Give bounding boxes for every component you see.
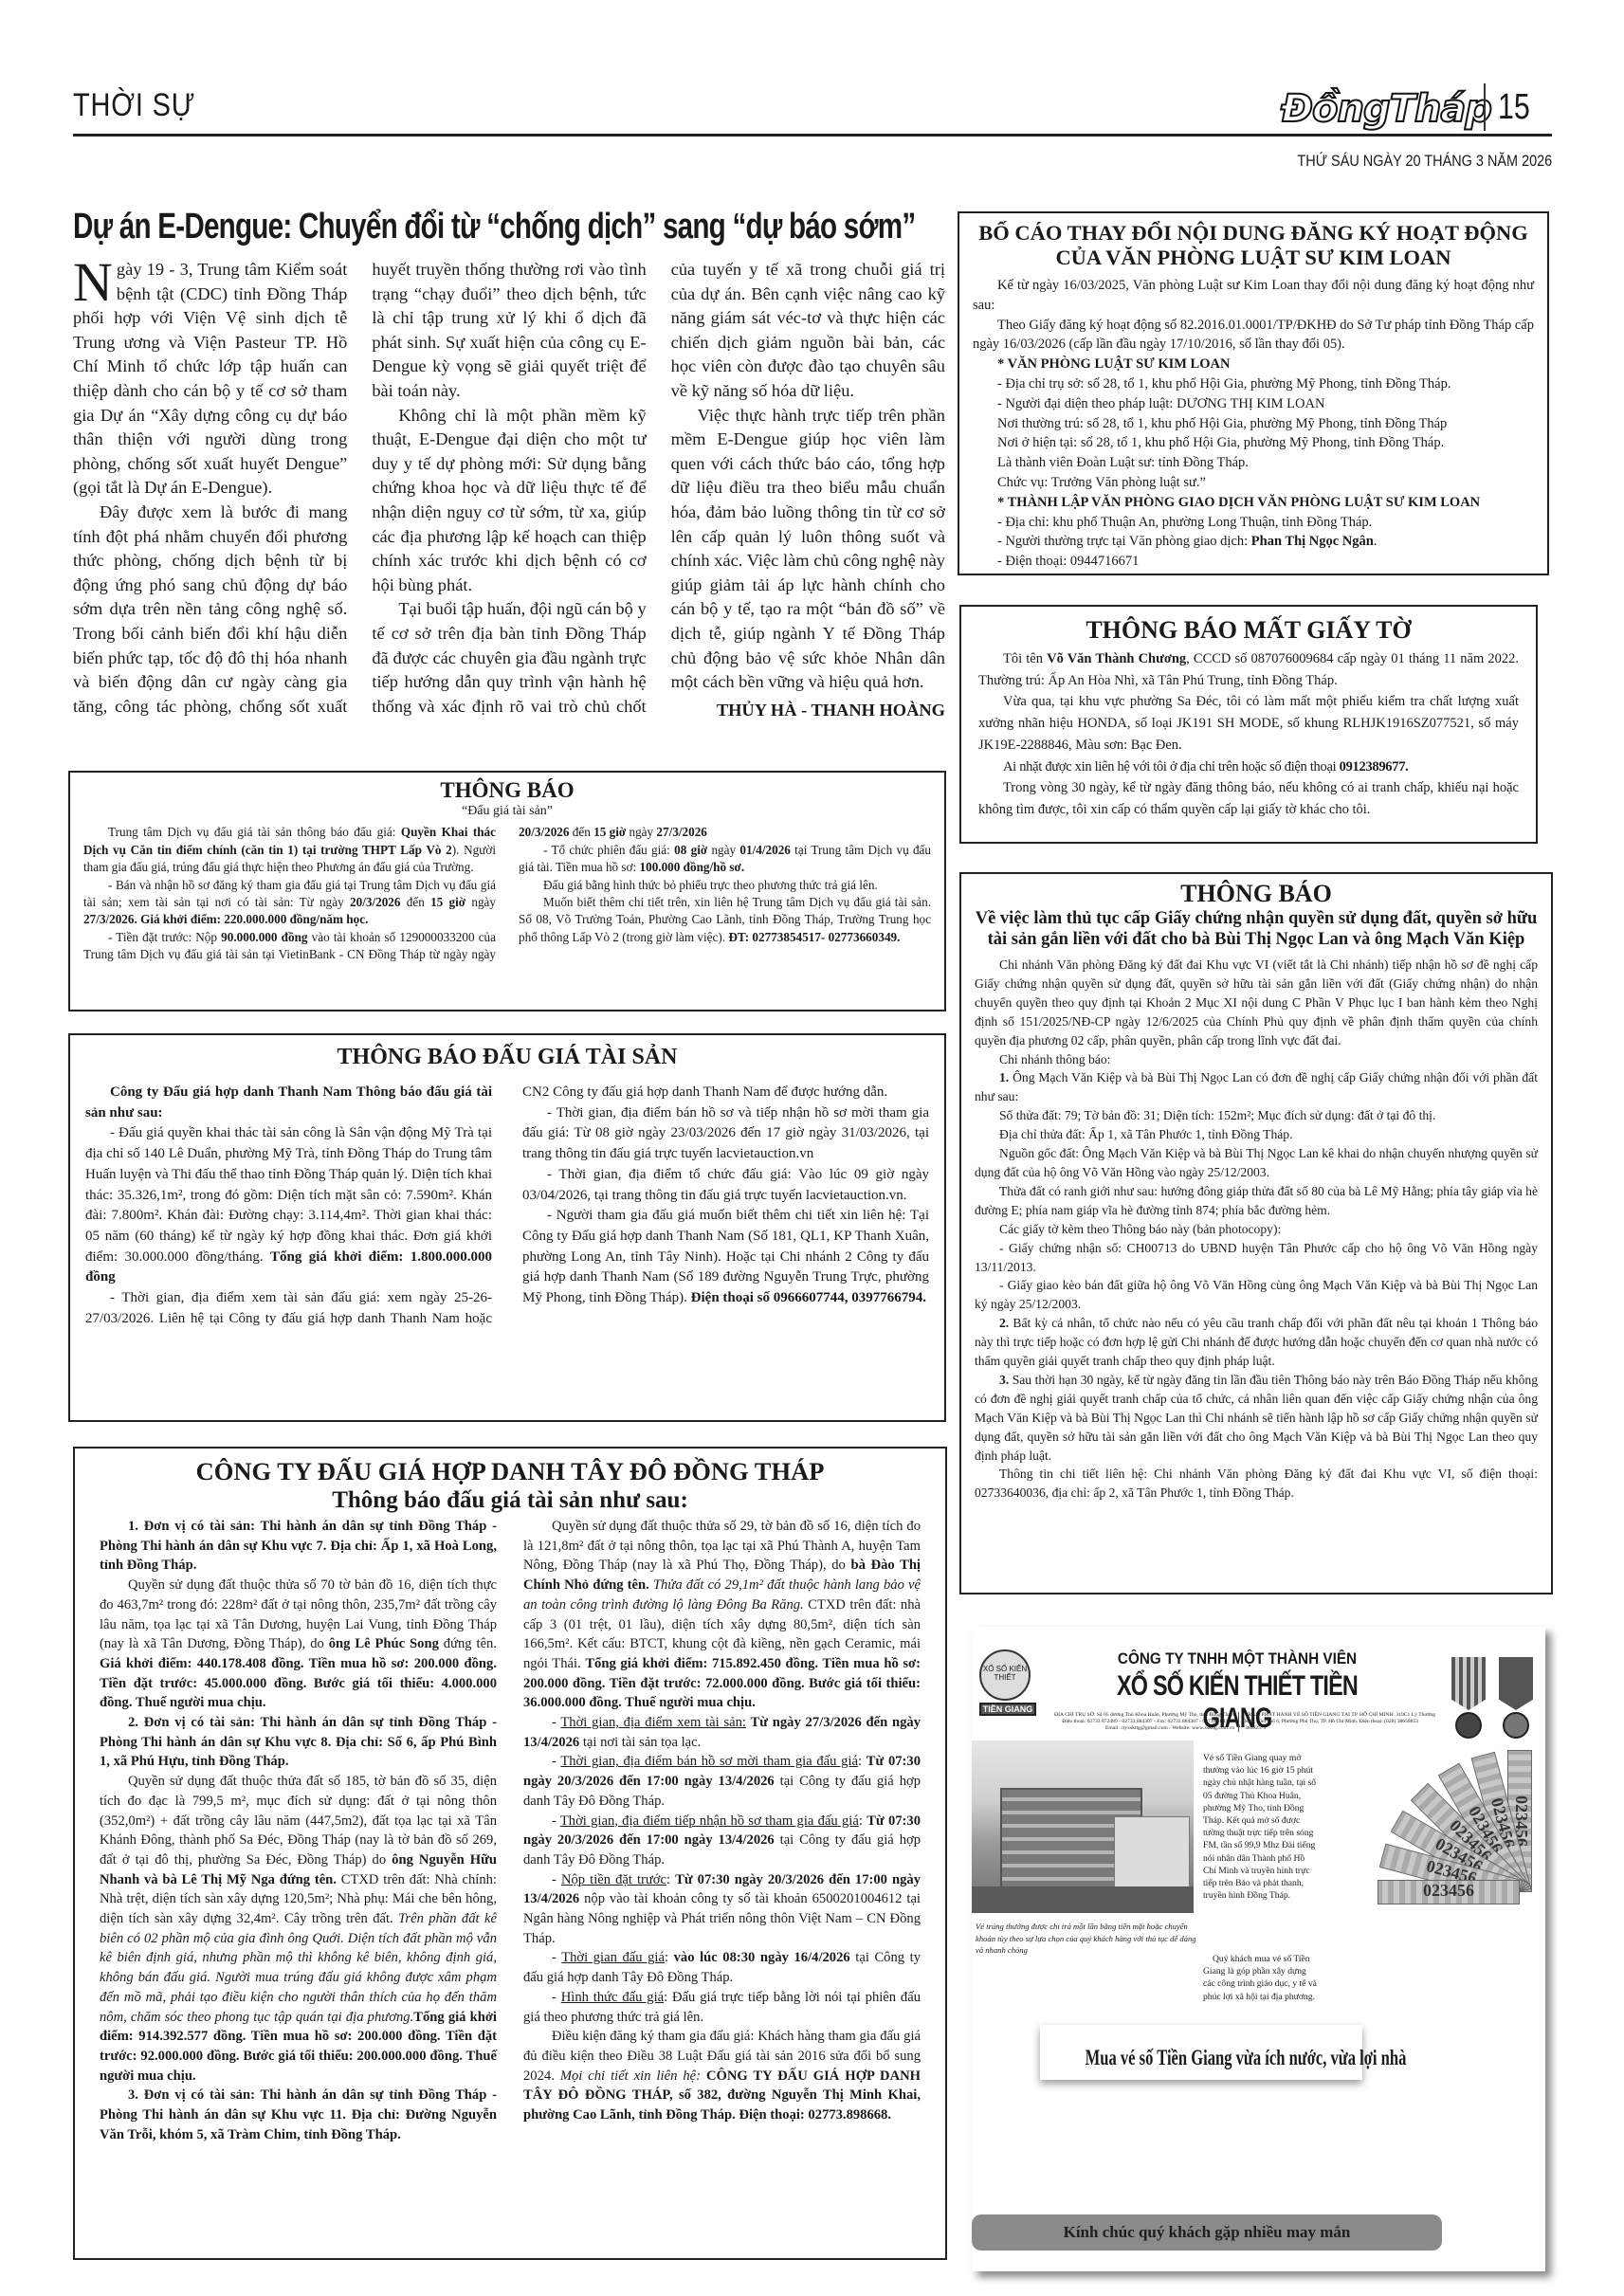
article-body: Ngày 19 - 3, Trung tâm Kiểm soát bệnh tậ… xyxy=(73,258,945,768)
ad-contribution-info: Quý khách mua vé số Tiền Giang là góp ph… xyxy=(1203,1953,1317,2003)
page-number: 15 xyxy=(1498,87,1530,128)
notice-kim-loan-law-office: BỐ CÁO THAY ĐỔI NỘI DUNG ĐĂNG KÝ HOẠT ĐỘ… xyxy=(958,211,1549,575)
notice-land-use-certificate: THÔNG BÁO Về việc làm thủ tục cấp Giấy c… xyxy=(959,872,1553,1594)
ad-payout-caption: Vé trúng thưởng được chi trả một lần bằn… xyxy=(976,1921,1199,1957)
drop-cap: N xyxy=(73,260,113,305)
notice-subtitle: “Đấu giá tài sản” xyxy=(83,803,931,820)
notice-title: THÔNG BÁO ĐẤU GIÁ TÀI SẢN xyxy=(85,1043,929,1071)
medal-icon xyxy=(1499,1657,1533,1752)
ad-footer-banner: Kính chúc quý khách gặp nhiều may mắn xyxy=(972,2214,1442,2250)
notice-tay-do-auction: CÔNG TY ĐẤU GIÁ HỢP DANH TÂY ĐÔ ĐỒNG THÁ… xyxy=(73,1447,947,2260)
notice-asset-auction-thanh-nam: THÔNG BÁO ĐẤU GIÁ TÀI SẢN Công ty Đấu gi… xyxy=(68,1033,946,1422)
article-paragraph: Việc thực hành trực tiếp trên phần mềm E… xyxy=(671,404,945,695)
notice-title: CÔNG TY ĐẤU GIÁ HỢP DANH TÂY ĐÔ ĐỒNG THÁ… xyxy=(100,1456,921,1486)
medal-icon xyxy=(1451,1657,1486,1752)
header-rule xyxy=(73,134,1552,137)
article-byline: THỦY HÀ - THANH HOÀNG xyxy=(671,699,945,723)
ad-draw-info: Vé số Tiền Giang quay mở thưởng vào lúc … xyxy=(1203,1752,1317,1902)
section-title: THỜI SỰ xyxy=(73,87,195,124)
ad-slogan: Mua vé số Tiền Giang vừa ích nước, vừa l… xyxy=(1086,2046,1318,2070)
notice-title: THÔNG BÁO xyxy=(975,880,1538,908)
notice-subtitle: Về việc làm thủ tục cấp Giấy chứng nhận … xyxy=(975,908,1538,950)
ad-contact-info: ĐỊA CHỈ TRỤ SỞ: Số 05 đường Thủ Khoa Huâ… xyxy=(1048,1712,1436,1732)
notice-canteen-auction: THÔNG BÁO “Đấu giá tài sản” Trung tâm Dị… xyxy=(68,771,946,1011)
article-paragraph: Không chỉ là một phần mềm kỹ thuật, E-De… xyxy=(372,404,646,598)
notice-title: THÔNG BÁO MẤT GIẤY TỜ xyxy=(978,614,1519,647)
notice-lost-documents: THÔNG BÁO MẤT GIẤY TỜ Tôi tên Võ Văn Thà… xyxy=(959,605,1538,844)
newspaper-masthead-logo: ĐồngTháp xyxy=(1281,87,1491,131)
advertisement-tien-giang-lottery: XỔ SỐ KIẾN THIẾT TIỀN GIANG CÔNG TY TNHH… xyxy=(972,1627,1545,2271)
notice-title: BỐ CÁO THAY ĐỔI NỘI DUNG ĐĂNG KÝ HOẠT ĐỘ… xyxy=(973,221,1534,270)
lottery-tickets-fan-image: 023456 023456 023456 023456 023456 02345… xyxy=(1318,1740,1545,1968)
issue-date: THỨ SÁU NGÀY 20 THÁNG 3 NĂM 2026 xyxy=(1297,152,1552,171)
ad-slogan-banner: Mua vé số Tiền Giang vừa ích nước, vừa l… xyxy=(983,2025,1424,2139)
lottery-logo: XỔ SỐ KIẾN THIẾT TIỀN GIANG xyxy=(979,1649,1036,1722)
article-paragraph: Ngày 19 - 3, Trung tâm Kiểm soát bệnh tậ… xyxy=(73,258,347,501)
ad-company-type: CÔNG TY TNHH MỘT THÀNH VIÊN xyxy=(1067,1649,1408,1668)
page-number-divider xyxy=(1484,83,1486,131)
notice-subtitle: Thông báo đấu giá tài sản như sau: xyxy=(100,1486,921,1515)
article-headline: Dự án E-Dengue: Chuyển đổi từ “chống dịc… xyxy=(73,207,754,247)
notice-title: THÔNG BÁO xyxy=(83,778,931,803)
headquarters-building-photo xyxy=(972,1740,1194,1913)
